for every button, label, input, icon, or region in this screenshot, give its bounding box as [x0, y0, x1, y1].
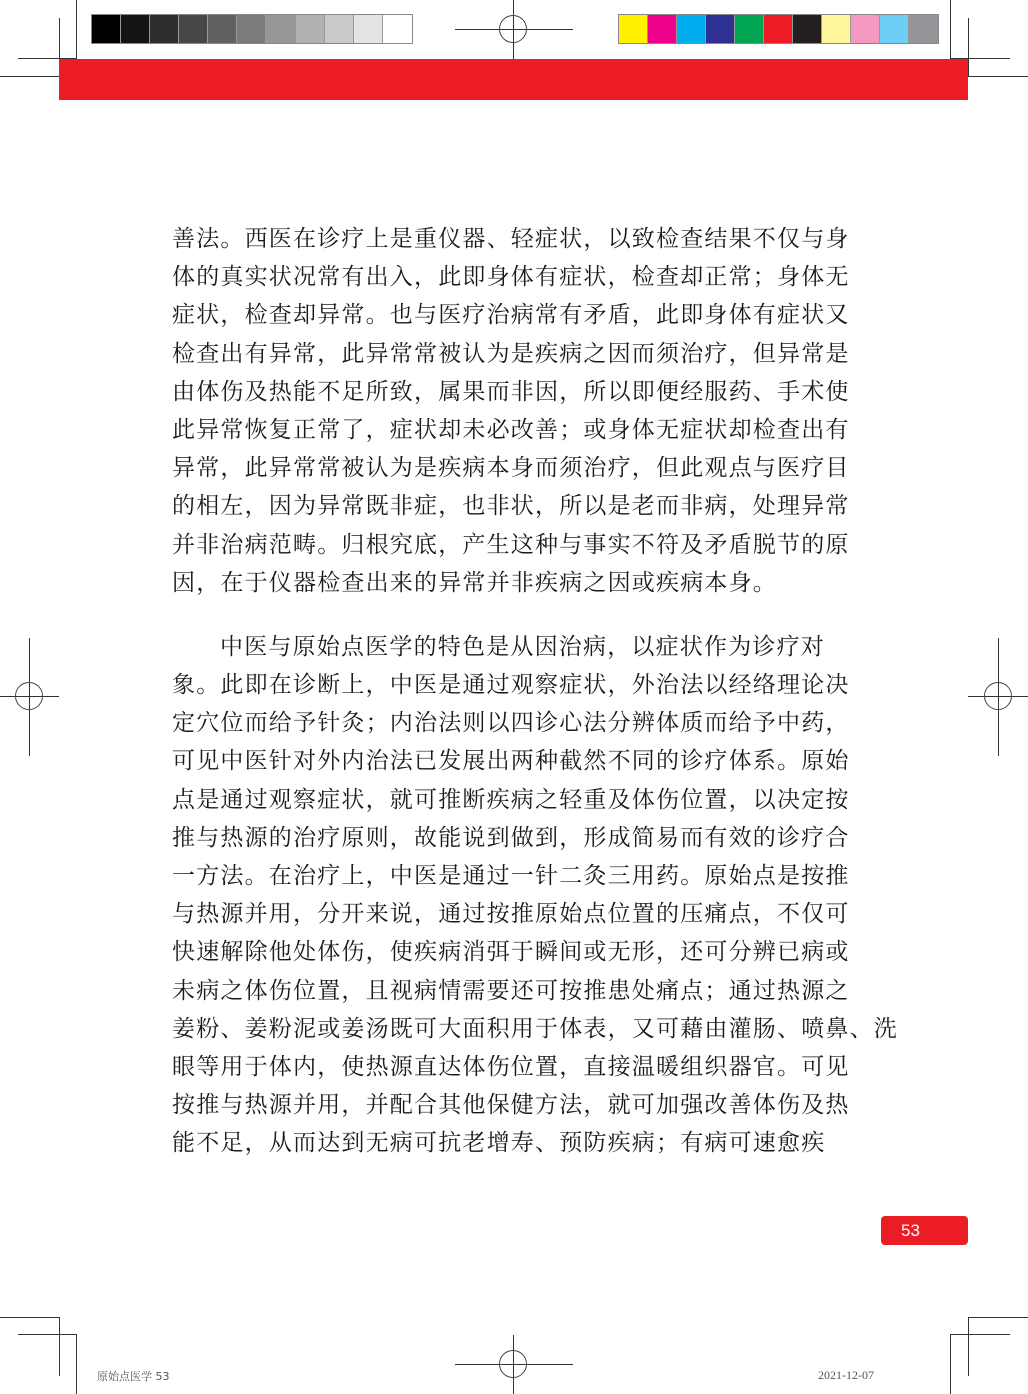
- calibration-swatch: [880, 15, 909, 43]
- paragraph-1: 善法。西医在诊疗上是重仪器、轻症状，以致检查结果不仅与身体的真实状况常有出入，此…: [172, 220, 862, 602]
- text-line: 体的真实状况常有出入，此即身体有症状，检查却正常；身体无: [172, 258, 862, 296]
- paragraph-2: 中医与原始点医学的特色是从因治病，以症状作为诊疗对象。此即在诊断上，中医是通过观…: [172, 628, 862, 1163]
- calibration-swatch: [121, 15, 150, 43]
- crop-mark-line: [18, 1334, 77, 1335]
- calibration-swatch: [296, 15, 325, 43]
- footer-slug-date: 2021-12-07: [818, 1368, 874, 1383]
- header-band: [59, 59, 968, 100]
- text-line: 一方法。在治疗上，中医是通过一针二灸三用药。原始点是按推: [172, 857, 862, 895]
- text-line: 异常，此异常常被认为是疾病本身而须治疗，但此观点与医疗目: [172, 449, 862, 487]
- crop-mark-line: [950, 0, 951, 59]
- text-line: 并非治病范畴。归根究底，产生这种与事实不符及矛盾脱节的原: [172, 526, 862, 564]
- text-line: 能不足，从而达到无病可抗老增寿、预防疾病；有病可速愈疾: [172, 1124, 862, 1162]
- text-line: 象。此即在诊断上，中医是通过观察症状，外治法以经络理论决: [172, 666, 862, 704]
- page-body: 善法。西医在诊疗上是重仪器、轻症状，以致检查结果不仅与身体的真实状况常有出入，此…: [172, 220, 862, 1163]
- calibration-swatch: [909, 15, 938, 43]
- crop-mark-line: [968, 18, 969, 76]
- text-line: 快速解除他处体伤，使疾病消弭于瞬间或无形，还可分辨已病或: [172, 933, 862, 971]
- calibration-swatch: [237, 15, 266, 43]
- text-line: 未病之体伤位置，且视病情需要还可按推患处痛点；通过热源之: [172, 972, 862, 1010]
- crop-mark-line: [0, 76, 59, 77]
- calibration-swatch: [354, 15, 383, 43]
- crop-mark-line: [968, 1317, 1028, 1318]
- crop-mark-line: [950, 1334, 951, 1394]
- calibration-swatch: [706, 15, 735, 43]
- crop-mark-line: [0, 1317, 59, 1318]
- calibration-swatch: [179, 15, 208, 43]
- text-line: 眼等用于体内，使热源直达体伤位置，直接温暖组织器官。可见: [172, 1048, 862, 1086]
- calibration-swatch: [677, 15, 706, 43]
- text-line: 点是通过观察症状，就可推断疾病之轻重及体伤位置，以决定按: [172, 781, 862, 819]
- text-line: 症状，检查却异常。也与医疗治病常有矛盾，此即身体有症状又: [172, 296, 862, 334]
- crop-mark-line: [59, 1317, 60, 1376]
- crop-mark-line: [950, 1334, 1010, 1335]
- calibration-swatch: [208, 15, 237, 43]
- text-line: 按推与热源并用，并配合其他保健方法，就可加强改善体伤及热: [172, 1086, 862, 1124]
- text-line: 的相左，因为异常既非症，也非状，所以是老而非病，处理异常: [172, 487, 862, 525]
- text-line: 姜粉、姜粉泥或姜汤既可大面积用于体表，又可藉由灌肠、喷鼻、洗: [172, 1010, 862, 1048]
- crop-mark-line: [76, 1334, 77, 1394]
- calibration-swatch: [150, 15, 179, 43]
- calibration-swatch: [764, 15, 793, 43]
- page-number-badge: 53: [881, 1216, 968, 1245]
- text-line: 此异常恢复正常了，症状却未必改善；或身体无症状却检查出有: [172, 411, 862, 449]
- footer-slug-left: 原始点医学 53: [97, 1368, 170, 1384]
- calibration-swatch: [648, 15, 677, 43]
- calibration-swatch: [266, 15, 295, 43]
- grayscale-calibration-strip: [91, 14, 413, 44]
- text-line: 与热源并用，分开来说，通过按推原始点位置的压痛点，不仅可: [172, 895, 862, 933]
- text-line: 检查出有异常，此异常常被认为是疾病之因而须治疗，但异常是: [172, 335, 862, 373]
- text-line: 善法。西医在诊疗上是重仪器、轻症状，以致检查结果不仅与身: [172, 220, 862, 258]
- calibration-swatch: [92, 15, 121, 43]
- crop-mark-line: [968, 1317, 969, 1376]
- text-line: 推与热源的治疗原则，故能说到做到，形成简易而有效的诊疗合: [172, 819, 862, 857]
- calibration-swatch: [822, 15, 851, 43]
- crop-mark-line: [76, 0, 77, 59]
- calibration-swatch: [383, 15, 412, 43]
- text-line: 因，在于仪器检查出来的异常并非疾病之因或疾病本身。: [172, 564, 862, 602]
- text-line: 中医与原始点医学的特色是从因治病，以症状作为诊疗对: [172, 628, 862, 666]
- text-line: 可见中医针对外内治法已发展出两种截然不同的诊疗体系。原始: [172, 742, 862, 780]
- crop-mark-line: [968, 76, 1028, 77]
- calibration-swatch: [851, 15, 880, 43]
- calibration-swatch: [735, 15, 764, 43]
- calibration-swatch: [619, 15, 648, 43]
- calibration-swatch: [325, 15, 354, 43]
- text-line: 定穴位而给予针灸；内治法则以四诊心法分辨体质而给予中药，: [172, 704, 862, 742]
- color-calibration-strip: [618, 14, 939, 44]
- text-line: 由体伤及热能不足所致，属果而非因，所以即便经服药、手术使: [172, 373, 862, 411]
- calibration-swatch: [793, 15, 822, 43]
